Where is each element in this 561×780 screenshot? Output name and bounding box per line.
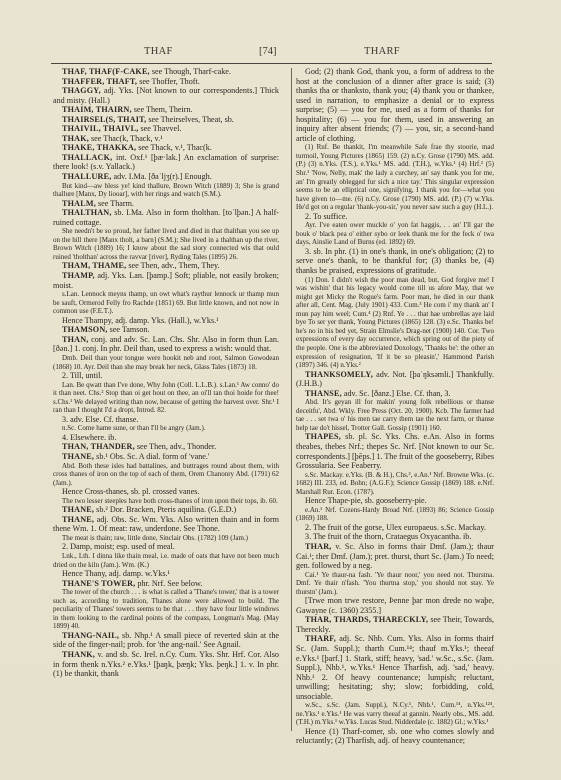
entry-sense: 2. Till, until.	[53, 371, 279, 381]
dictionary-entry: THAR, v. Sc. Also in forms thair Dmf. (J…	[296, 542, 494, 571]
dictionary-entry: THAKE, THAKKA, see Thack, v.¹, Thac(k.	[53, 143, 279, 153]
entry-text: see Thack, v.¹, Thac(k.	[136, 143, 212, 152]
headword: THALLURE,	[62, 172, 111, 181]
entry-text: s.Sc. Mackay. e.Yks. (B. & H.), Chs.², e…	[296, 471, 494, 496]
headword: THAIM, THAIRN,	[62, 105, 132, 114]
entry-text: see Then, adv., Them, They.	[126, 261, 219, 270]
citation-quote: The two lesser steeples have both cross-…	[53, 497, 279, 506]
headword: THANE,	[62, 452, 94, 461]
dictionary-entry: THAN, conj. and adv. Sc. Lan. Chs. Shr. …	[53, 335, 279, 354]
entry-sense: Hence Thampy, adj. damp. Yks. (Hall.), w…	[53, 316, 279, 326]
right-guide-word: THARF	[364, 46, 400, 57]
citation-quote: w.Sc., s.Sc. (Jam. Suppl.), N.Cy.¹, Nhb.…	[296, 701, 494, 727]
entry-sense: 2. Damp, moist; esp. used of meal.	[53, 542, 279, 552]
entry-text: 2. Damp, moist; esp. used of meal.	[62, 542, 175, 551]
entry-text: (1) Rnf. Be thankit, I'm meanwhile Safe …	[296, 143, 494, 211]
headword: THANG-NAIL,	[62, 631, 119, 640]
headword: THAN,	[62, 335, 89, 344]
dictionary-entry: THAK, see Thac(k, Thack, v.¹	[53, 134, 279, 144]
dictionary-entry: THANE, adj. Obs. Sc. Wm. Yks. Also writt…	[53, 515, 279, 534]
dictionary-entry: THANSE, adv. Sc. [ðanz.] Else. Cf. than,…	[296, 389, 494, 399]
headword: THAF, THAF(F-CAKE,	[62, 67, 150, 76]
headword: THAMP,	[62, 271, 95, 280]
citation-quote: s.Lan. Lennock meyns thamp, un owt what'…	[53, 290, 279, 316]
entry-text: God; (2) thank God, thank you, a form of…	[296, 67, 494, 143]
headword: THALLACK,	[62, 153, 112, 162]
entry-text: Hence (1) Tharf-comer, sb. one who comes…	[296, 727, 494, 746]
citation-quote: (1) Rnf. Be thankit, I'm meanwhile Safe …	[296, 143, 494, 211]
entry-text: e.An.¹ Nrf. Cozens-Hardy Broad Nrf. (189…	[296, 506, 494, 523]
citation-quote: She needn't be so proud, her father live…	[53, 227, 279, 261]
headword: THAPES,	[305, 432, 341, 441]
entry-sense: 2. The fruit of the gorse, Ulex europaeu…	[296, 523, 494, 533]
entry-text: see Thoffer, Thoft.	[137, 77, 200, 86]
dictionary-entry: THAR, THARDS, THARECKLY, see Their, Towa…	[296, 615, 494, 634]
citation-quote: But kind—aw bless ye! kind thallure, Bro…	[53, 182, 279, 199]
dictionary-entry: THANKSOMELY, adv. Not. [þaˈŋksəmli.] Tha…	[296, 370, 494, 389]
headword: THALM,	[62, 199, 96, 208]
dictionary-page: THAF [74] THARF THAF, THAF(F-CAKE, see T…	[0, 0, 561, 780]
dictionary-entry: THALLACK, int. Oxf.¹ [þæ·lak.] An exclam…	[53, 153, 279, 172]
dictionary-entry: THAF, THAF(F-CAKE, see Though, Tharf-cak…	[53, 67, 279, 77]
citation-quote: Abd. It's geyan ill for makin' young fol…	[296, 398, 494, 432]
entry-sense: 2. To suffice.	[296, 212, 494, 222]
running-head: THAF [74] THARF	[52, 46, 492, 62]
citation-quote: Lan. Be qwatt than I've done, Why John (…	[53, 381, 279, 415]
right-column: God; (2) thank God, thank you, a form of…	[296, 67, 494, 746]
dictionary-entry: THALLURE, adv. I.Ma. [ðaˈljʒ(r).] Enough…	[53, 172, 279, 182]
entry-text: n.Sc. Come hame sune, or than I'll be an…	[62, 424, 206, 432]
entry-text: Hence Cross-thanes, sb. pl. crossed vane…	[62, 487, 199, 496]
headword: THAIVIL, THAIVL,	[62, 124, 138, 133]
dictionary-entry: THAFFER, THAFT, see Thoffer, Thoft.	[53, 77, 279, 87]
left-guide-word: THAF	[144, 46, 173, 57]
dictionary-entry: THAPES, sb. pl. Sc. Yks. Chs. e.An. Also…	[296, 432, 494, 470]
entry-text: The two lesser steeples have both cross-…	[62, 497, 278, 505]
dictionary-entry: THALM, see Tharm.	[53, 199, 279, 209]
citation-quote: Cai.¹ Ye thaur-na fash. 'Ye thaur noor,'…	[296, 571, 494, 597]
entry-text: see Them, Theirn.	[132, 105, 193, 114]
dictionary-entry: THANE, sb.¹ Obs. Sc. A dial. form of 'va…	[53, 452, 279, 462]
entry-sense: 4. Elsewhere. ib.	[53, 433, 279, 443]
headword: THALTHAN,	[62, 208, 112, 217]
citation-quote: n.Sc. Come hame sune, or than I'll be an…	[53, 424, 279, 433]
entry-text: Cai.¹ Ye thaur-na fash. 'Ye thaur noor,'…	[296, 571, 494, 596]
headword: THAM, THAME,	[62, 261, 126, 270]
entry-text: Hence Thany, adj. damp. w.Yks.¹	[62, 569, 170, 578]
headword: THAFFER, THAFT,	[62, 77, 137, 86]
entry-text: (1) Don. I didn't wish the poor man dead…	[296, 276, 494, 369]
entry-text: see Though, Tharf-cake.	[150, 67, 231, 76]
citation-quote: e.An.¹ Nrf. Cozens-Hardy Broad Nrf. (189…	[296, 506, 494, 523]
entry-text: w.Sc., s.Sc. (Jam. Suppl.), N.Cy.¹, Nhb.…	[296, 701, 494, 726]
dictionary-entry: THAIRSEL(S, THAIT, see Theirselves, Thea…	[53, 115, 279, 125]
citation-quote: The tower of the church . . . is what is…	[53, 588, 279, 631]
headword: THAN, THANDER,	[62, 442, 135, 451]
headword: THAR, THARDS, THARECKLY,	[305, 615, 428, 624]
citation-quote: Ayr. I've eaten ower muckle o' yon fat h…	[296, 221, 494, 247]
entry-text: But kind—aw bless ye! kind thallure, Bro…	[53, 182, 279, 199]
entry-text: Hence Thampy, adj. damp. Yks. (Hall.), w…	[62, 316, 219, 325]
citation-quote: Lnk., Lth. I dinna like thain meal, i.e.…	[53, 552, 279, 569]
entry-text: She needn't be so proud, her father live…	[53, 227, 279, 261]
headword: THAMSON,	[62, 325, 108, 334]
entry-sense: God; (2) thank God, thank you, a form of…	[296, 67, 494, 143]
entry-text: Abd. Both these isles had battalines, an…	[53, 462, 279, 487]
entry-sense: Hence (1) Tharf-comer, sb. one who comes…	[296, 727, 494, 746]
headword: THANKSOMELY,	[305, 370, 373, 379]
entry-text: Abd. It's geyan ill for makin' young fol…	[296, 398, 494, 432]
dictionary-entry: THANE, sb.² Dor. Bracken, Pteris aquilin…	[53, 505, 279, 515]
headword: THANE,	[62, 505, 94, 514]
headword: THAR,	[305, 542, 332, 551]
citation-quote: s.Sc. Mackay. e.Yks. (B. & H.), Chs.², e…	[296, 471, 494, 497]
entry-text: 3. The fruit of the thorn, Crataegus Oxy…	[305, 532, 471, 541]
entry-text: [Trwe mon trwe restore, Þenne þar mon dr…	[296, 596, 494, 615]
citation-quote: Dmb. Deil than your tongue were hookit n…	[53, 354, 279, 371]
entry-text: adv. Sc. [ðanz.] Else. Cf. than, 3.	[342, 389, 451, 398]
entry-text: Lan. Be qwatt than I've done, Why John (…	[53, 381, 279, 415]
entry-text: see Tharm.	[96, 199, 134, 208]
entry-text: Ayr. I've eaten ower muckle o' yon fat h…	[296, 221, 494, 246]
entry-sense: 3. sb. In phr. (1) in one's thank, in on…	[296, 247, 494, 276]
header-rule	[51, 63, 492, 64]
entry-text: adj. Sc. Nhb. Cum. Yks. Also in forms th…	[296, 634, 494, 700]
entry-text: see Thac(k, Thack, v.¹	[89, 134, 163, 143]
page-number: [74]	[259, 46, 277, 57]
headword: THANE'S TOWER,	[62, 579, 135, 588]
dictionary-entry: THAGGY, adj. Yks. [Not known to our corr…	[53, 86, 279, 105]
headword: THAIRSEL(S, THAIT,	[62, 115, 146, 124]
entry-sense: [Trwe mon trwe restore, Þenne þar mon dr…	[296, 596, 494, 615]
entry-text: 4. Elsewhere. ib.	[62, 433, 116, 442]
entry-text: Hence Thape-pie, sb. gooseberry-pie.	[305, 496, 427, 505]
entry-sense: Hence Cross-thanes, sb. pl. crossed vane…	[53, 487, 279, 497]
entry-text: Dmb. Deil than your tongue were hookit n…	[53, 354, 279, 371]
dictionary-entry: THANK, v. and sb. Sc. Irel. n.Cy. Cum. Y…	[53, 650, 279, 679]
headword: THAKE, THAKKA,	[62, 143, 136, 152]
entry-text: 2. Till, until.	[62, 371, 102, 380]
entry-text: 2. The fruit of the gorse, Ulex europaeu…	[305, 523, 486, 532]
entry-sense: 3. The fruit of the thorn, Crataegus Oxy…	[296, 532, 494, 542]
dictionary-entry: THAIVIL, THAIVL, see Thavvel.	[53, 124, 279, 134]
entry-text: sb.¹ Obs. Sc. A dial. form of 'vane.'	[94, 452, 209, 461]
headword: THANE,	[62, 515, 94, 524]
entry-text: 3. adv. Else. Cf. thanse.	[62, 415, 138, 424]
dictionary-entry: THAMP, adj. Yks. Lan. [þamp.] Soft; plia…	[53, 271, 279, 290]
entry-sense: 3. adv. Else. Cf. thanse.	[53, 415, 279, 425]
entry-text: adv. I.Ma. [ðaˈljʒ(r).] Enough.	[111, 172, 211, 181]
entry-text: The meat is thain; raw, little done, Sin…	[62, 534, 248, 542]
entry-text: 2. To suffice.	[305, 212, 347, 221]
entry-text: sb.² Dor. Bracken, Pteris aquilina. (G.E…	[94, 505, 236, 514]
dictionary-entry: THAMSON, see Tamson.	[53, 325, 279, 335]
entry-text: 3. sb. In phr. (1) in one's thank, in on…	[296, 247, 494, 275]
entry-sense: Hence Thany, adj. damp. w.Yks.¹	[53, 569, 279, 579]
dictionary-entry: THARF, adj. Sc. Nhb. Cum. Yks. Also in f…	[296, 634, 494, 701]
citation-quote: (1) Don. I didn't wish the poor man dead…	[296, 276, 494, 370]
dictionary-entry: THAN, THANDER, see Then, adv., Thonder.	[53, 442, 279, 452]
citation-quote: Abd. Both these isles had battalines, an…	[53, 462, 279, 488]
entry-text: The tower of the church . . . is what is…	[53, 588, 279, 630]
left-column: THAF, THAF(F-CAKE, see Though, Tharf-cak…	[53, 67, 279, 679]
headword: THARF,	[305, 634, 336, 643]
entry-text: phr. Nrf. See below.	[135, 579, 202, 588]
dictionary-entry: THALTHAN, sb. I.Ma. Also in form tholtha…	[53, 208, 279, 227]
entry-sense: Hence Thape-pie, sb. gooseberry-pie.	[296, 496, 494, 506]
dictionary-entry: THAIM, THAIRN, see Them, Theirn.	[53, 105, 279, 115]
column-divider	[291, 68, 292, 731]
citation-quote: The meat is thain; raw, little done, Sin…	[53, 534, 279, 543]
entry-text: Lnk., Lth. I dinna like thain meal, i.e.…	[53, 552, 279, 569]
headword: THANK,	[62, 650, 95, 659]
entry-text: see Thavvel.	[138, 124, 181, 133]
entry-text: see Then, adv., Thonder.	[135, 442, 216, 451]
dictionary-entry: THANE'S TOWER, phr. Nrf. See below.	[53, 579, 279, 589]
headword: THAK,	[62, 134, 89, 143]
dictionary-entry: THAM, THAME, see Then, adv., Them, They.	[53, 261, 279, 271]
entry-text: see Tamson.	[108, 325, 150, 334]
entry-text: s.Lan. Lennock meyns thamp, un owt what'…	[53, 290, 279, 315]
dictionary-entry: THANG-NAIL, sb. Nhp.¹ A small piece of r…	[53, 631, 279, 650]
headword: THAGGY,	[62, 86, 101, 95]
headword: THANSE,	[305, 389, 342, 398]
entry-text: see Theirselves, Theat, sb.	[146, 115, 233, 124]
